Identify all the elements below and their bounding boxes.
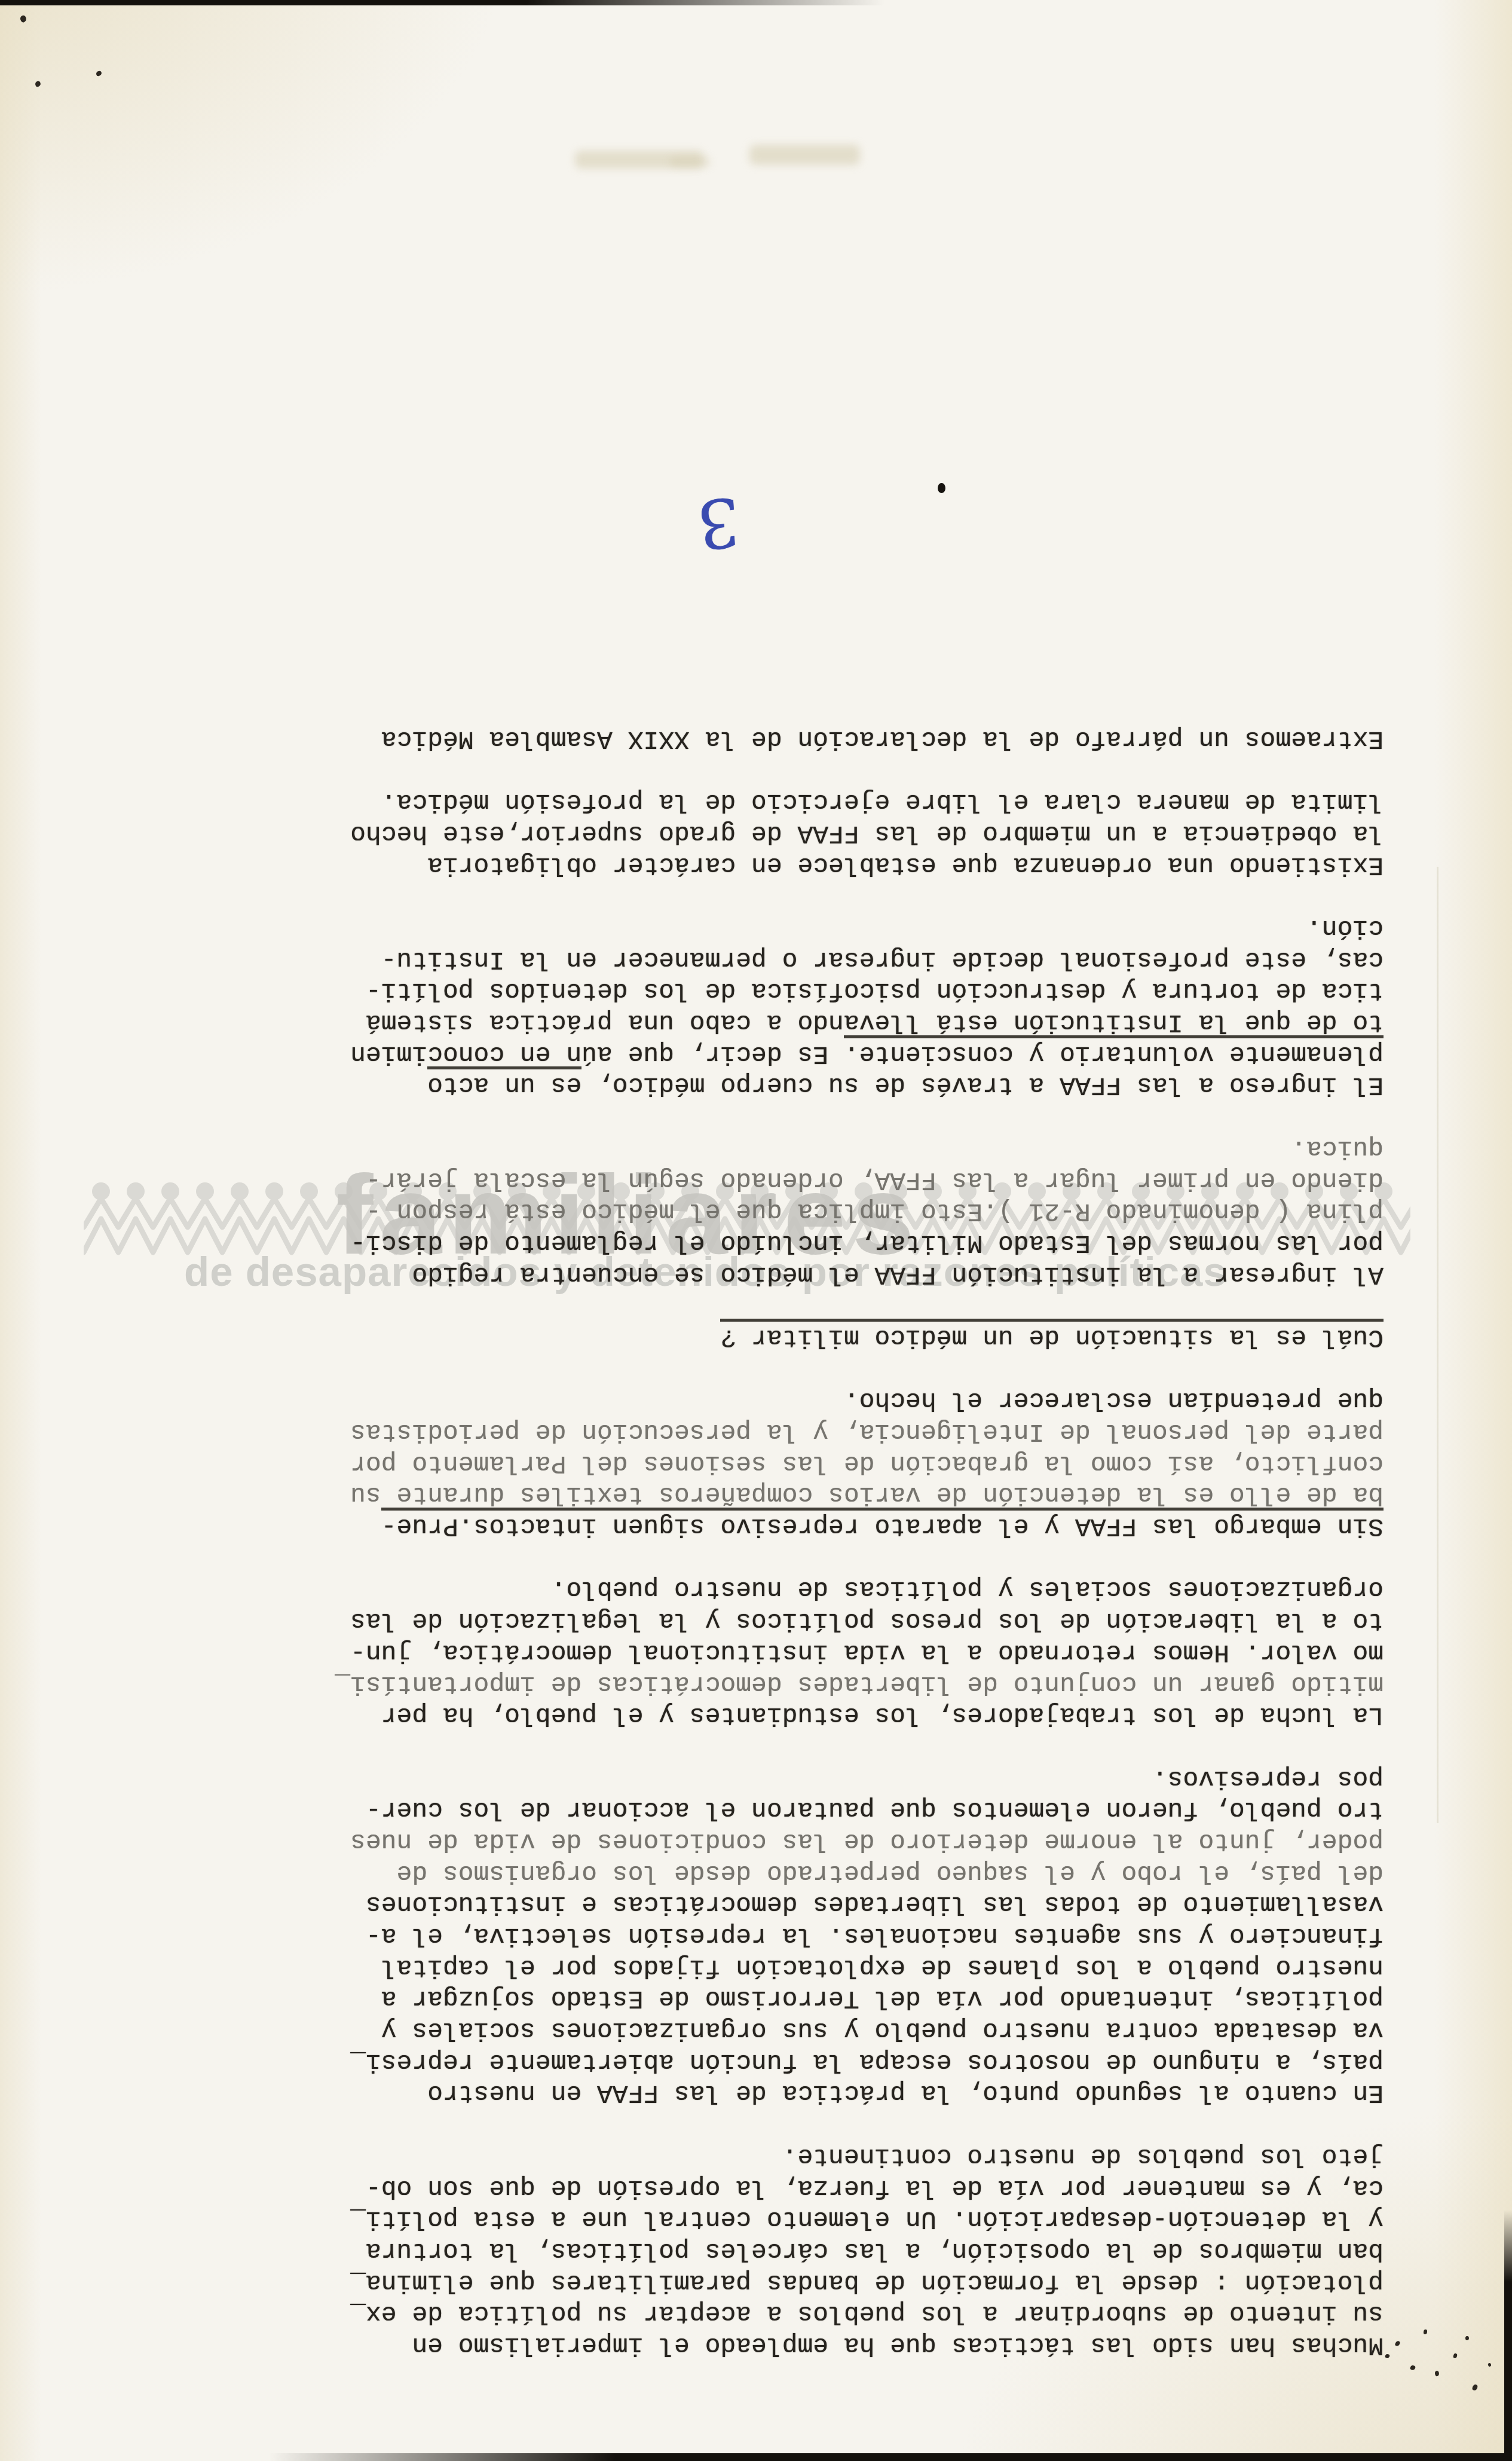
text-line: plina ( denominado R-21 ).Esto implica q…: [302, 1196, 1384, 1227]
ink-speck: [35, 81, 41, 87]
text-line: la obediencia a un miembro de las FFAA d…: [302, 817, 1384, 849]
ink-speck: [1424, 2329, 1428, 2334]
text-line: jeto los pueblos de nuestro continente.: [302, 2140, 1384, 2172]
text-line: ción.: [302, 912, 1384, 943]
text-line: su intento de subordinar a los pueblos a…: [302, 2298, 1384, 2329]
text-line: En cuanto al segundo punto, la práctica …: [302, 2077, 1384, 2109]
text-line: país, a ninguno de nosotros escapa la fu…: [302, 2046, 1384, 2077]
text-line: limita de manera clara el libre ejercici…: [302, 786, 1384, 818]
ink-speck: [96, 71, 102, 76]
ink-speck: [1465, 2336, 1470, 2341]
ink-dot: [938, 483, 945, 493]
text-line: to de que la Institución está llevando a…: [302, 1006, 1384, 1038]
ink-speck: [1453, 2353, 1458, 2358]
paragraph: Extraemos un párrafo de la declaración d…: [302, 723, 1384, 754]
text-line: Al ingresar a la institución FFAA el méd…: [302, 1258, 1384, 1290]
text-line: que pretendían esclarecer el hecho.: [302, 1384, 1384, 1416]
scanned-document-page: familiares de desaparecidos y detenidos …: [0, 0, 1512, 2461]
ink-speck: [1410, 2365, 1416, 2371]
section-heading: Cuál es la situación de un médico milita…: [302, 1321, 1384, 1353]
ink-speck: [1472, 2384, 1478, 2391]
ink-speck: [1385, 2353, 1390, 2359]
ink-speck: [1394, 2340, 1400, 2347]
text-line: organizaciones sociales y políticas de n…: [302, 1573, 1384, 1605]
paragraph: Sin embargo las FFAA y el aparato repres…: [302, 1384, 1384, 1542]
ink-speck: [1434, 2370, 1440, 2377]
text-line: por las normas del Estado Militar, inclu…: [302, 1227, 1384, 1258]
rotated-sheet: Muchas han sido las tácticas que ha empl…: [0, 0, 1512, 2461]
text-line: Muchas han sido las tácticas que ha empl…: [302, 2329, 1384, 2361]
text-line: conflicto, así como la grabación de las …: [302, 1447, 1384, 1479]
text-line: ca, y es mantener por vía de la fuerza, …: [302, 2172, 1384, 2203]
typewritten-text: Muchas han sido las tácticas que ha empl…: [302, 692, 1384, 2361]
text-line: La lucha de los trabajadores, los estudi…: [302, 1699, 1384, 1731]
ink-speck: [19, 14, 27, 23]
text-line: El ingreso a las FFAA a través de su cue…: [302, 1069, 1384, 1101]
text-line: parte del personal de Inteligencia, y la…: [302, 1416, 1384, 1447]
text-line: mo valor. Hemos retornado a la vida inst…: [302, 1636, 1384, 1668]
text-line: poder, junto al enorme deterioro de las …: [302, 1825, 1384, 1857]
text-line: ba de ello es la detención de varios com…: [302, 1479, 1384, 1511]
text-line: financiero y sus agentes nacionales. la …: [302, 1919, 1384, 1951]
text-line: políticas, intentando por vía del Terror…: [302, 1983, 1384, 2014]
text-line: del país, el robo y el saqueo perpetrado…: [302, 1857, 1384, 1888]
text-line: tro pueblo, fueron elementos que pautaro…: [302, 1794, 1384, 1826]
text-line: ban miembros de la oposición, a las cárc…: [302, 2234, 1384, 2266]
text-line: pos represivos.: [302, 1762, 1384, 1794]
text-line: Sin embargo las FFAA y el aparato repres…: [302, 1510, 1384, 1542]
text-line: tica de tortura y destrucción psicofísic…: [302, 975, 1384, 1007]
heading-line: Cuál es la situación de un médico milita…: [302, 1321, 1384, 1353]
text-line: plenamente voluntario y consciente. Es d…: [302, 1038, 1384, 1069]
handwritten-page-number: 3: [694, 481, 742, 564]
text-line: nuestro pueblo a los planes de explotaci…: [302, 1951, 1384, 1983]
text-line: Existiendo una ordenanza que establece e…: [302, 849, 1384, 881]
paragraph: Existiendo una ordenanza que establece e…: [302, 786, 1384, 881]
text-line: plotación : desde la formación de bandas…: [302, 2266, 1384, 2298]
text-line: Extraemos un párrafo de la declaración d…: [302, 723, 1384, 754]
ink-speck: [1487, 2362, 1492, 2367]
paragraph: En cuanto al segundo punto, la práctica …: [302, 1762, 1384, 2109]
paragraph: El ingreso a las FFAA a través de su cue…: [302, 912, 1384, 1100]
text-line: mitido ganar un conjunto de libertades d…: [302, 1668, 1384, 1699]
paragraph: La lucha de los trabajadores, los estudi…: [302, 1573, 1384, 1731]
text-line: va desatada contra nuestro pueblo y sus …: [302, 2014, 1384, 2046]
text-line: diendo en primer lugar a las FFAA, orden…: [302, 1164, 1384, 1196]
text-line: cas, este profesional decide ingresar o …: [302, 943, 1384, 975]
text-line: vasallamiento de todas las libertades de…: [302, 1888, 1384, 1920]
paragraph: Al ingresar a la institución FFAA el méd…: [302, 1132, 1384, 1289]
text-line: quica.: [302, 1132, 1384, 1164]
text-line: y la detención-desaparición. Un elemento…: [302, 2203, 1384, 2235]
paragraph: Muchas han sido las tácticas que ha empl…: [302, 2140, 1384, 2361]
text-line: to a la liberación de los presos polític…: [302, 1605, 1384, 1637]
